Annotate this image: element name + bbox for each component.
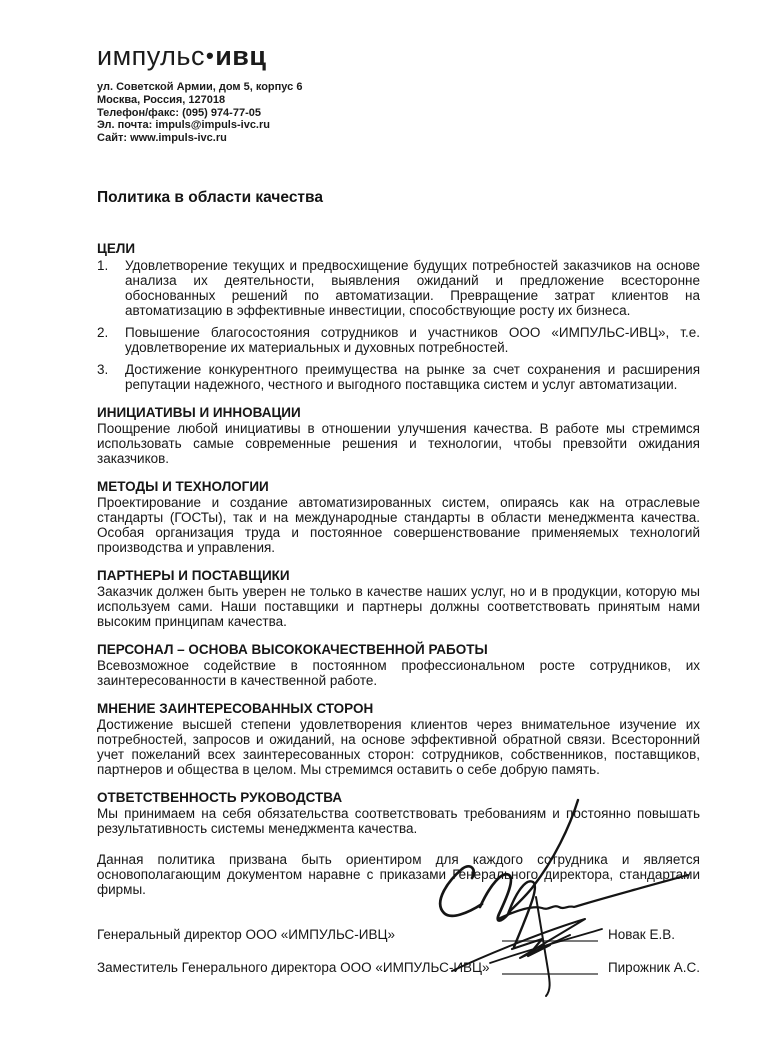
section-stakeholders: МНЕНИЕ ЗАИНТЕРЕСОВАННЫХ СТОРОН Достижени… [97, 701, 700, 777]
section-paragraph: Мы принимаем на себя обязательства соотв… [97, 806, 700, 836]
section-heading: ИНИЦИАТИВЫ И ИННОВАЦИИ [97, 405, 700, 420]
section-paragraph: Достижение высшей степени удовлетворения… [97, 717, 700, 777]
section-heading: ПЕРСОНАЛ – ОСНОВА ВЫСОКОКАЧЕСТВЕННОЙ РАБ… [97, 642, 700, 657]
goal-text: Повышение благосостояния сотрудников и у… [125, 325, 700, 355]
contact-website: Сайт: www.impuls-ivc.ru [97, 132, 700, 145]
signature-name: Пирожник А.С. [608, 960, 700, 975]
logo-wordmark-suffix: ивц [215, 41, 266, 71]
section-heading: ПАРТНЕРЫ И ПОСТАВЩИКИ [97, 568, 700, 583]
section-paragraph: Поощрение любой инициативы в отношении у… [97, 421, 700, 466]
goal-text: Достижение конкурентного преимущества на… [125, 362, 700, 392]
section-partners: ПАРТНЕРЫ И ПОСТАВЩИКИ Заказчик должен бы… [97, 568, 700, 629]
logo-wordmark-main: импульс [97, 41, 205, 71]
document-page: импульс•ивц ул. Советской Армии, дом 5, … [0, 0, 766, 1053]
contact-email: Эл. почта: impuls@impuls-ivc.ru [97, 119, 700, 132]
signature-line [502, 936, 598, 942]
contact-phone: Телефон/факс: (095) 974-77-05 [97, 107, 700, 120]
goal-text: Удовлетворение текущих и предвосхищение … [125, 258, 700, 318]
goal-item: 3. Достижение конкурентного преимущества… [97, 362, 700, 392]
section-methods: МЕТОДЫ И ТЕХНОЛОГИИ Проектирование и соз… [97, 479, 700, 555]
signature-line [502, 969, 598, 975]
contact-address-line1: ул. Советской Армии, дом 5, корпус 6 [97, 81, 700, 94]
signature-row-director: Генеральный директор ООО «ИМПУЛЬС-ИВЦ» Н… [97, 927, 700, 942]
signature-row-deputy: Заместитель Генерального директора ООО «… [97, 960, 700, 975]
goal-number: 2. [97, 325, 125, 355]
goal-item: 2. Повышение благосостояния сотрудников … [97, 325, 700, 355]
section-heading: МЕТОДЫ И ТЕХНОЛОГИИ [97, 479, 700, 494]
logo-dot-icon: • [205, 43, 215, 68]
page-title: Политика в области качества [97, 189, 700, 207]
goal-number: 3. [97, 362, 125, 392]
section-personnel: ПЕРСОНАЛ – ОСНОВА ВЫСОКОКАЧЕСТВЕННОЙ РАБ… [97, 642, 700, 688]
contact-address-line2: Москва, Россия, 127018 [97, 94, 700, 107]
section-heading: МНЕНИЕ ЗАИНТЕРЕСОВАННЫХ СТОРОН [97, 701, 700, 716]
signature-role: Заместитель Генерального директора ООО «… [97, 960, 490, 975]
section-initiatives: ИНИЦИАТИВЫ И ИННОВАЦИИ Поощрение любой и… [97, 405, 700, 466]
goal-number: 1. [97, 258, 125, 318]
signature-name: Новак Е.В. [608, 927, 700, 942]
closing-paragraph: Данная политика призвана быть ориентиром… [97, 852, 700, 897]
section-paragraph: Всевозможное содействие в постоянном про… [97, 658, 700, 688]
goal-item: 1. Удовлетворение текущих и предвосхищен… [97, 258, 700, 318]
section-paragraph: Проектирование и создание автоматизирова… [97, 495, 700, 555]
section-heading: ОТВЕТСТВЕННОСТЬ РУКОВОДСТВА [97, 790, 700, 805]
section-paragraph: Заказчик должен быть уверен не только в … [97, 584, 700, 629]
company-logo: импульс•ивц [97, 40, 700, 72]
signature-role: Генеральный директор ООО «ИМПУЛЬС-ИВЦ» [97, 927, 395, 942]
contact-block: ул. Советской Армии, дом 5, корпус 6 Мос… [97, 81, 700, 145]
section-heading-goals: ЦЕЛИ [97, 241, 700, 256]
section-management-responsibility: ОТВЕТСТВЕННОСТЬ РУКОВОДСТВА Мы принимаем… [97, 790, 700, 836]
